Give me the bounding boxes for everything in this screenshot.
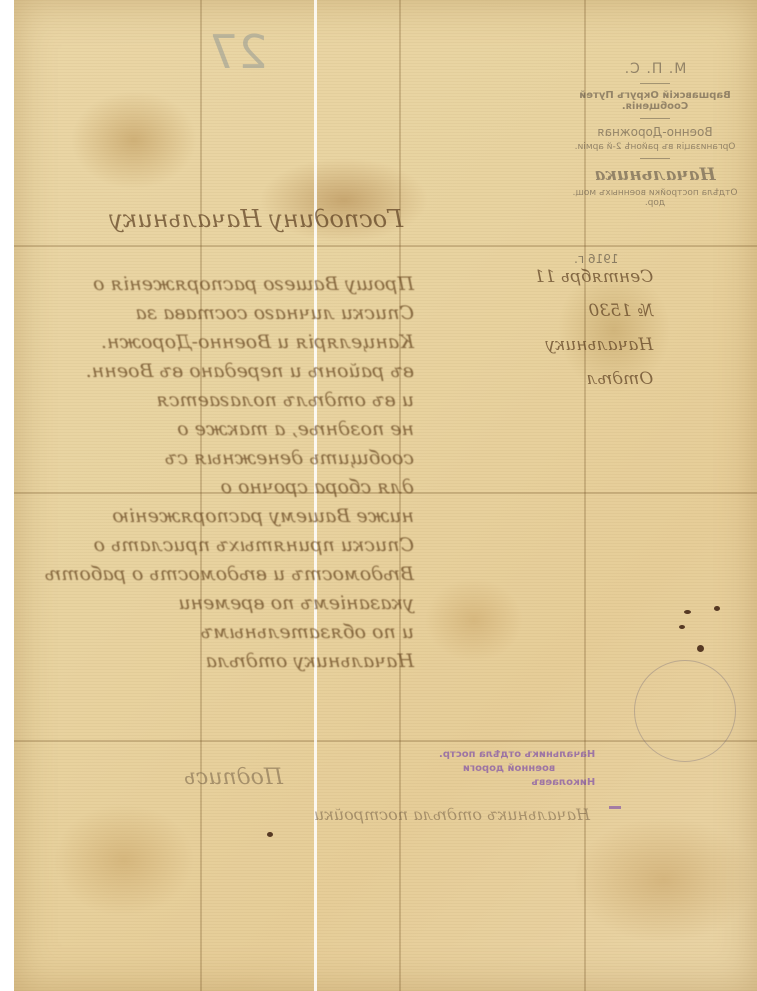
letterhead-title: Начальника <box>565 165 745 185</box>
body-line: Канцелярія и Военно-Дорожн. <box>44 328 414 357</box>
body-line: ниже Вашему распоряженію <box>44 502 414 531</box>
stamp-line: военной дороги <box>439 762 595 776</box>
letterhead-subtitle: Отдѣла постройки военныхъ мощ. дор. <box>565 188 745 208</box>
divider <box>640 83 670 84</box>
body-line: Списки личнаго состава за <box>44 299 414 328</box>
salutation: Господину Начальнику <box>109 205 403 233</box>
round-seal <box>634 660 736 762</box>
purple-mark <box>609 806 621 809</box>
body-line: для сбора срочно о <box>44 473 414 502</box>
body-line: и по обязательнымъ <box>44 618 414 647</box>
letterhead-department: Военно-Дорожная <box>565 125 745 139</box>
reference-line: № 1530 <box>534 294 653 328</box>
reference-line: Начальнику <box>534 328 653 362</box>
body-line: и въ отдѣлъ полагается <box>44 386 414 415</box>
body-line: сообщить денежныя съ <box>44 444 414 473</box>
body-line: Вѣдомостъ и вѣдомость о работѣ <box>44 560 414 589</box>
letterhead-district: Варшавскій Округъ Путей Сообщенія. <box>565 90 745 112</box>
stamp-line: Николаевъ <box>439 776 595 790</box>
letter-body: Прошу Вашего распоряженія о Списки лична… <box>44 270 414 676</box>
body-line: указаніемъ по времени <box>44 589 414 618</box>
stamp-line: Начальникъ отдѣла постр. <box>439 748 595 762</box>
body-line: въ районѣ и передано въ Военн. <box>44 357 414 386</box>
body-line: не позднѣе, а также о <box>44 415 414 444</box>
signature-title: Начальникъ отдѣла постройки <box>314 805 590 824</box>
fold-line <box>14 245 757 247</box>
purple-stamp: Начальникъ отдѣла постр. военной дороги … <box>439 748 595 790</box>
body-line: Списки принятыхъ прислать о <box>44 531 414 560</box>
letterhead-organization: Организація въ районѣ 2-й арміи. <box>565 142 745 152</box>
body-line: Прошу Вашего распоряженія о <box>44 270 414 299</box>
letterhead-org: М. П. С. <box>565 61 745 77</box>
signature: Подпись <box>184 765 283 790</box>
divider <box>640 158 670 159</box>
body-line: Начальнику отдѣла <box>44 647 414 676</box>
reference-block: Сентябрь 11 № 1530 Начальнику Отдѣл <box>534 260 653 396</box>
pencil-number: 27 <box>209 25 268 79</box>
reference-line: Отдѣл <box>534 362 653 396</box>
document-sheet: 27 М. П. С. Варшавскій Округъ Путей Сооб… <box>14 0 757 991</box>
divider <box>640 118 670 119</box>
reference-line: Сентябрь 11 <box>534 260 653 294</box>
letterhead: М. П. С. Варшавскій Округъ Путей Сообщен… <box>565 58 745 211</box>
